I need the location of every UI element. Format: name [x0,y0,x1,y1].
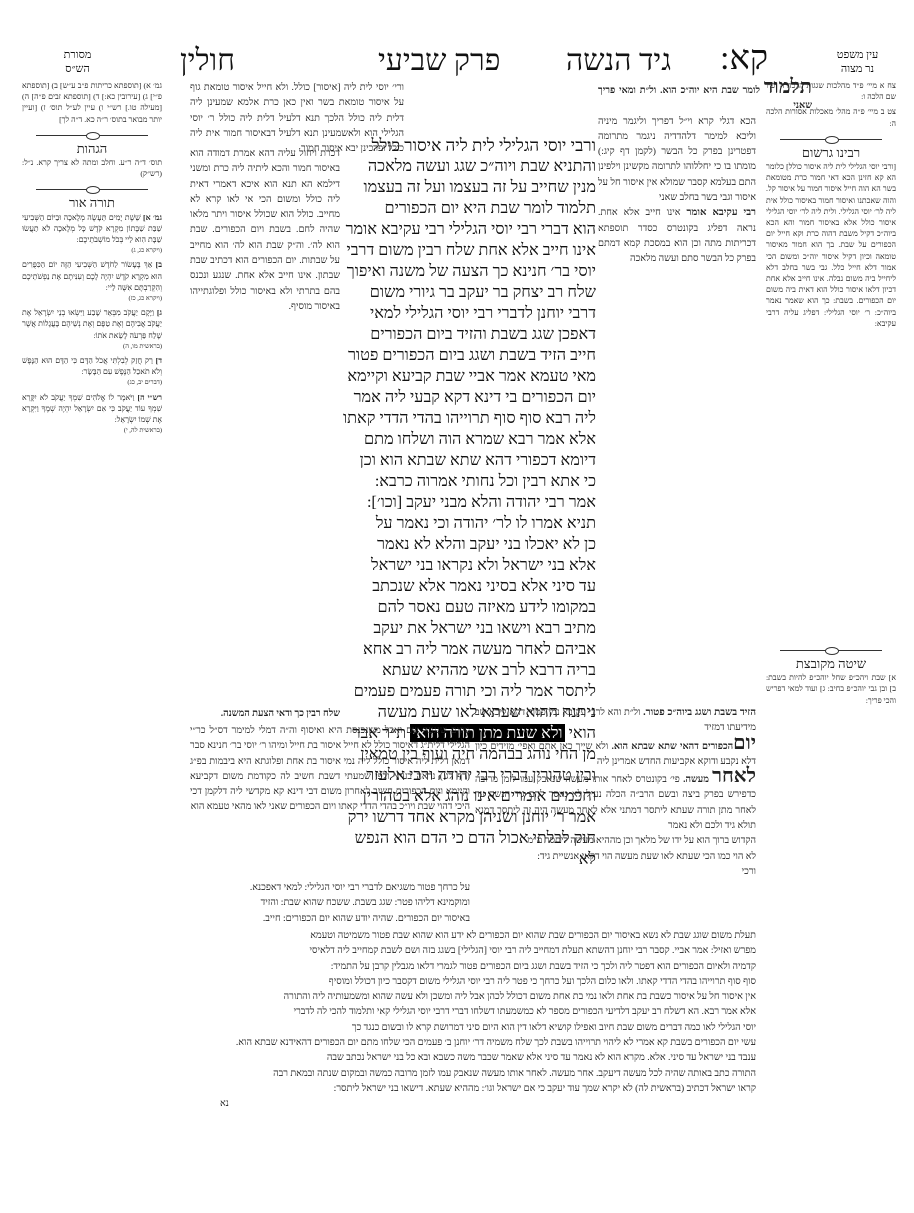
bottom-commentary: תעלת משום שוגג שבת לא נשא באיסור יום הכפ… [190,928,756,1112]
tosafot-text: הכא דגלי קרא וי״ל דפריך וליגמר מיניה ולי… [598,114,756,206]
gemara-line: כי אתא רבין וכל נחותי אמרוה כרבא: [342,471,596,492]
gemara-line: אינו חייב אלא אחת שלח רבין משום דרבי [342,240,596,261]
gemara-line: ליתסר אמר ליה וכי תורה פעמים פעמים [342,681,596,702]
gemara-line: תלמוד לומר שבת היא יום הכפורים [342,198,596,219]
rabbenu-gershom-text: [ורבי יוסי הגלילי לית ליה איסור כולל] כל… [766,161,896,531]
shita-mekubetzet-column: שיטה מקובצת א] שבת ויהכ״פ שחל יוהכ״פ להי… [766,640,896,706]
rashi-continued: מקום שנגעה שם ואכל משנכנסת היא ואיסוף וה… [190,723,470,926]
gemara-line: יום הכפורים בי דינא דקא קבעי ליה אמר [342,387,596,408]
tosafot-dibbur-large: יום [733,732,756,754]
verse-marker: גמ׳ א] [143,213,162,222]
gemara-line: תניא אמרו לו לר׳ יהודה וכי נאמר על [342,513,596,534]
verse-marker: ד] [156,356,162,365]
hagahot-text: תוס׳ ד״ה ר״ע. וחלב ומתה לא צריך קרא. נ״ל… [22,157,162,179]
verse-source: (ויקרא כג, ג) [22,245,162,256]
torah-or-verse: ד] רַק חֲזַק לְבִלְתִּי אֲכֹל הַדָּם כִּ… [22,355,162,389]
gemara-line: דיומא דכפורי דהא שתא שבתא הוא וכן [342,450,596,471]
tosafot-line: ורכי [475,864,756,879]
gemara-line: יוסי בר׳ חנינא כך הצעה של משנה ואיפוך [342,261,596,282]
ornament-divider [780,646,882,654]
ornament-divider [36,185,148,193]
gemara-line: מנין שחייב על זה בעצמו ועל זה בעצמו [342,177,596,198]
verse-source: (בראשית מו, ה) [22,341,162,352]
gemara-line: חייב הזיד בשבת ושגג ביום הכפורים פטור [342,345,596,366]
rashi-closing-dibbur: שלח רבין כך ודאי הצעת המשנה. [221,708,340,719]
rashi-column: דכרת ויחול עליה דהא אמרת דמודה הוא באיסו… [190,146,340,706]
rashi-text: דכרת ויחול עליה דהא אמרת דמודה הוא באיסו… [190,146,340,314]
gemara-line: מתיב רבא וישאו בני ישראל את יעקב [342,618,596,639]
ornament-divider [780,135,882,143]
rashi-closing: שלח רבין כך ודאי הצעת המשנה. [190,706,340,721]
torah-or-verse: ב] אַךְ בֶּעָשׂוֹר לַחֹדֶשׁ הַשְּׁבִיעִי… [22,259,162,304]
tosafot-dibbur-large: לאחר [712,765,756,787]
bottom-line: קדמיה ולאיום הכפורים הוא דפטר ליה ולכך כ… [190,959,756,974]
tosafot-column: תלמוד לומר שבת היא יוה״כ הוא. ול״ת ומאי … [598,80,756,267]
masoret-hashas-text: גמ׳ א) [תוספתא כריתות פ״ב ע״ש] ב) [תוספת… [22,80,162,125]
tosafot-line: לא הוי כמו הכי שעתא לאו שעת מעשה הוי דקא… [475,849,756,864]
rabbenu-gershom-title: רבינו גרשום [766,147,896,158]
chapter-name: גיד הנשה [566,46,671,76]
torah-or-verse: ג] וַיָּקָם יַעֲקֹב מִבְּאֵר שָׁבַע וַיִ… [22,307,162,352]
bottom-line: ענבד בני ישראל עד סיני. אלא. מקרא הוא לא… [190,1050,756,1065]
bottom-line: עשי יום הכפורים בשבת קא אמרי לא ליהוי תר… [190,1035,756,1050]
shita-mekubetzet-title: שיטה מקובצת [766,658,896,669]
gemara-line: אביהם לאחר מעשה אמר ליה רב אחא [342,639,596,660]
bottom-line: מפרש ואזיל: אמר אביי. קסבר רבי יוחנן דהש… [190,943,756,958]
bottom-line: אלא אמר רבא. הא דשלח רב יעקב דלדיעי הכפו… [190,1004,756,1019]
tosafot-paragraph: הזיד בשבת ושגג ביוה״כ פטור. ול״ת והא לרב… [475,705,756,736]
tosafot-opening-word: תלמוד [764,76,812,98]
verse-marker: ב] [156,260,162,269]
gemara-line: דרבי יוחנן לדברי רבי יוסי הגלילי למאי [342,303,596,324]
gemara-line: הוא דברי רבי יוסי הגלילי רבי עקיבא אומר [342,219,596,240]
ein-mishpat-column: צח א מיי׳ פ״ד מהלכות שגגות הלכה ה ופ״ו ש… [766,80,896,531]
verse-text: וַיָּקָם יַעֲקֹב מִבְּאֵר שָׁבַע וַיִּשְ… [22,308,162,339]
torah-or-verse: גמ׳ א] שֵׁשֶׁת יָמִים תֵּעָשֶׂה מְלָאכָה… [22,212,162,257]
ornament-divider [36,131,148,139]
gemara-line: אמר רבי יהודה והלא מבני יעקב [וכו׳]: [342,492,596,513]
chapter-number: פרק שביעי [378,46,500,76]
verse-source: (ויקרא כג, כז) [22,293,162,304]
tosafot-line: הקדוש ברוך הוא על ידו של מלאך וכן מההיא … [475,833,756,848]
shita-mekubetzet-text: א] שבת ויהכ״פ שחל יוהכ״פ להיות בשבת: ב] … [766,672,896,706]
bottom-line: התורה כתב באותה שהיה לכל מעשה דיעקב. אחר… [190,1066,756,1081]
tosafot-dibbur: הזיד בשבת ושגג ביוה״כ פטור. [643,707,756,718]
gemara-line: מאי טעמא אמר אביי שבת קביעא וקיימא [342,366,596,387]
bottom-line: סוף סוף תרוייהו בהדי הדדי קאתו. ולאו כלו… [190,974,756,989]
gemara-line: אלא אמר רבא שמרא הוה ושלחו מתם [342,429,596,450]
bottom-catchword: נא [190,1096,756,1111]
tosafot-paragraph: לאחר מעשה. פי׳ בקונטרס לאחר אותו מעשה שנ… [475,769,756,833]
hagahot-title: הגהות [22,143,162,154]
gemara-line: דאפכן שגג בשבת והזיד ביום הכפורים [342,324,596,345]
left-margin-column: גמ׳ א) [תוספתא כריתות פ״ב ע״ש] ב) [תוספת… [22,80,162,436]
tosafot-dibbur: רבי עקיבא אומר [686,207,756,218]
ein-mishpat-label: עין משפט נר מצוה [820,48,895,76]
torah-or-title: תורה אור [22,197,162,208]
gemara-line: כן לא יאכלו בני יעקב והלא לא נאמר [342,534,596,555]
verse-text: שֵׁשֶׁת יָמִים תֵּעָשֶׂה מְלָאכָה וּבַיּ… [22,213,162,244]
verse-text: רַק חֲזַק לְבִלְתִּי אֲכֹל הַדָּם כִּי ה… [22,356,162,376]
bottom-line: תעלת משום שוגג שבת לא נשא באיסור יום הכפ… [190,928,756,943]
gemara-line: ורבי יוסי הגלילי לית ליה איסור כולל [342,135,596,156]
gemara-line: במקומו לידע מאיזה טעם נאסר להם [342,597,596,618]
daf-number: קא: [720,44,768,74]
verse-source: (בראשית לה, י) [22,425,162,436]
bottom-line: אין איסור חל על איסור כשבת בת אחת ולאו נ… [190,989,756,1004]
rashi-line: באיסור יום הכפורים. שהיה יודע שהוא יום ה… [190,911,470,926]
verse-marker: רש״י ה] [137,393,162,402]
gemara-line: שלח רב יצחק בר יעקב בר גיורי משום [342,282,596,303]
verse-text: אַךְ בֶּעָשׂוֹר לַחֹדֶשׁ הַשְּׁבִיעִי הַ… [22,260,162,291]
tractate-name: חולין [180,46,235,76]
tosafot-paragraph: רבי עקיבא אומר אינו חייב אלא אחת. נראה ד… [598,205,756,266]
gemara-line: עד סיני אלא בסיני נאמר אלא שנכתב [342,576,596,597]
tosafot-paragraph: יוםהכפורים דהאי שתא שבתא הוא. ולא שייך כ… [475,736,756,770]
gemara-line: אלא בני ישראל ולא נקראו בני ישראל [342,555,596,576]
verse-marker: ג] [157,308,162,317]
bottom-line: יוסי הגלילי לאו כמה דברים משום שבת חיוב … [190,1020,756,1035]
verse-source: (דברים יב, כג) [22,377,162,388]
rashi-text: מקום שנגעה שם ואכל משנכנסת היא ואיסוף וה… [190,723,470,880]
bottom-line: קראו ישראל דכתיב (בראשית לה) לא יקרא שמך… [190,1081,756,1096]
gemara-line: בריה דרבא לרב אשי מההיא שעתא [342,660,596,681]
tosafot-header-line: תלמוד לומר שבת היא יוה״כ הוא. ול״ת ומאי … [598,80,812,114]
gemara-line: והתניא שבת ויוה״כ שגג ועשה מלאכה [342,156,596,177]
tosafot-continued: הזיד בשבת ושגג ביוה״כ פטור. ול״ת והא לרב… [475,705,756,879]
rashi-line: ומוקמינא דליהו פטר: שגג בשבת. ששכח שהוא … [190,895,470,910]
rashi-line: על כרחך פטור משגיאם לדברי רבי יוסי הגליל… [190,880,470,895]
masoret-label: מסורת הש״ס [40,48,115,76]
torah-or-verse: רש״י ה] וַיֹּאמֶר לוֹ אֱלֹהִים שִׁמְךָ י… [22,392,162,437]
gemara-line: ליה רבא סוף סוף תרוייהו בהדי הדדי קאתו [342,408,596,429]
